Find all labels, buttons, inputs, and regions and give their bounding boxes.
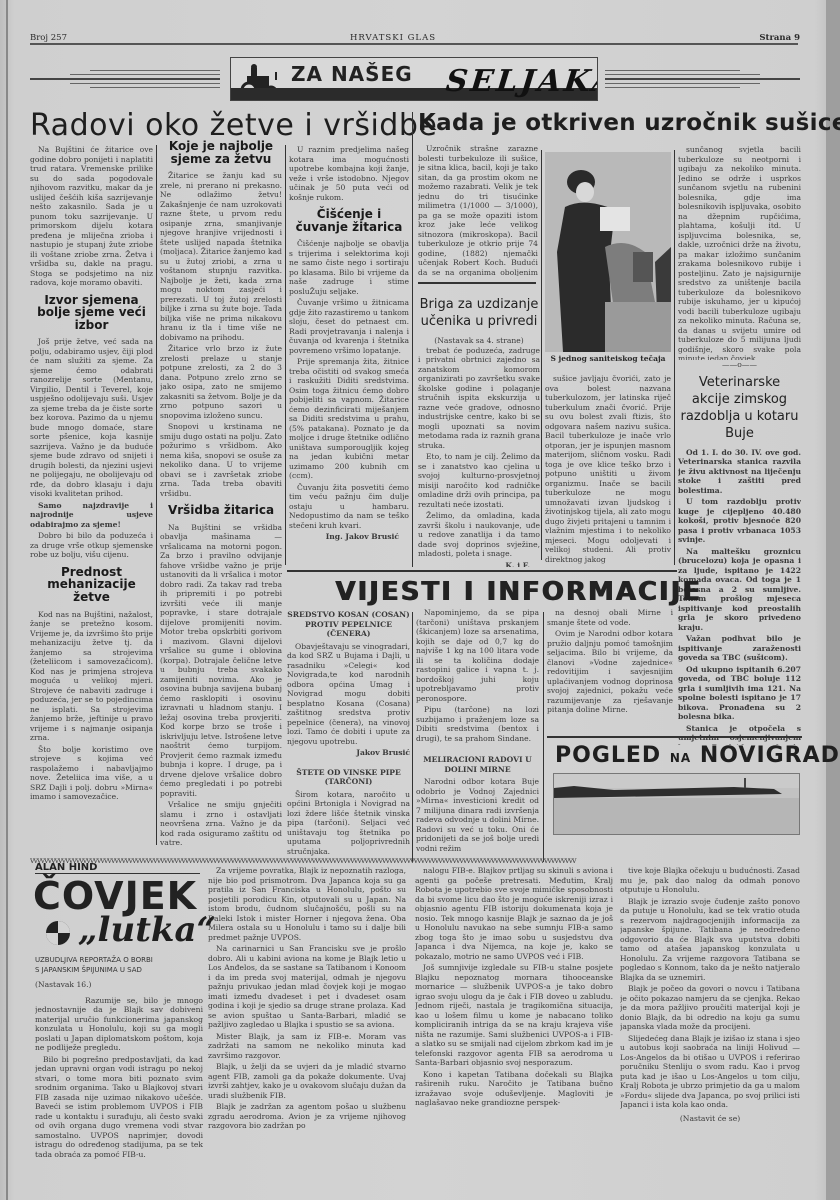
paragraph: Pipu (tarčone) na lozi suzbijamo i praže… [416,705,539,743]
paragraph: Snopovi u krstinama ne smiju dugo ostati… [160,422,282,498]
serial-column-4: tive koje Blajka očekuju u budućnosti. Z… [620,866,800,1191]
paragraph: Što bolje koristimo ove strojeve s kojim… [30,745,153,802]
novigrad-title-a: POGLED [555,743,661,768]
paragraph: trebat će poduzeća, zadruge i privatni o… [418,346,540,451]
vet-article: ——o—— Veterinarske akcije zimskog razdob… [678,360,801,745]
headline-tb: Kada je otkriven uzročnik sušice [418,110,840,136]
paragraph: Razumije se, bilo je mnogo jednostavnije… [35,996,203,1053]
serial-title-lutka: „lutka“ [78,910,216,950]
paragraph: Blajk je zadržan za agentom pošao u služ… [208,1102,406,1131]
paragraph: Bilo bi pogrešno predpostavljati, da kad… [35,1055,203,1160]
column-rule [285,145,286,565]
ornament-divider: ——o—— [678,360,801,370]
headline-harvest: Radovi oko žetve i vršidbe [30,108,437,143]
paragraph: Dobro bi bilo da poduzeća i za druge vrš… [30,531,153,560]
paragraph: Vršalice ne smiju gnječiti slamu i zrno … [160,800,282,848]
tb-column-1: Uzročnik strašne zarazne bolesti turbeku… [418,144,538,276]
banner-lines-right [605,70,800,91]
paragraph: U tom razdoblju protiv kuge je cijepljen… [678,497,801,545]
tb-column-3: sunčanog svjetla bacili tuberkuloze su n… [678,145,801,360]
page-number: Strana 9 [759,33,800,43]
banner-text-right: SELJAKA [444,64,598,99]
news-item-heading: MELIRACIONI RADOVI U DOLINI MIRNE [416,755,539,774]
header-rule [30,43,798,45]
paragraph: Čišćenje najbolje se obavlja s trijerima… [289,239,409,296]
continued-note: (Nastavit će se) [620,1114,800,1124]
paragraph: Širom kotara, naročito u općini Brtonigl… [287,790,410,857]
paragraph: Slijedećeg dana Blajk je izišao iz stana… [620,1034,800,1110]
column-rule [541,150,542,560]
column-rule [543,612,544,862]
paragraph: Blajk je počeo da govori o novcu i Tatib… [620,984,800,1032]
byline: Jakov Brusić [287,748,410,758]
paragraph: Eto, to nam je cilj. Želimo da se i zana… [418,452,540,509]
news-section-title: VIJESTI I INFORMACIJE [335,577,702,607]
column-rule [412,612,413,862]
serial-column-1: (Nastavak 16.) Razumije se, bilo je mnog… [35,980,203,1190]
byline: Ing. Jakov Brusić [289,532,399,542]
novigrad-title-b: NOVIGRAD [700,743,840,768]
youth-article: Briga za uzdizanje učenika u privredi (N… [418,292,540,567]
photo-novigrad [553,773,800,835]
paragraph: Prije spremanja žita, žitnice treba očis… [289,357,409,481]
paragraph: Za vrijeme povratka, Blajk iz nepoznatih… [208,866,406,942]
subheading-best-seed: Koje je najbolje sjeme za žetvu [160,140,282,165]
banner-text-left: ZA NAŠEG [291,62,413,86]
banner-lines-left [30,70,220,91]
tb-column-2: sušice javljaju čvorići, zato je ova bol… [545,374,671,564]
installment-number: (Nastavak 16.) [35,980,203,990]
newspaper-page: Broj 257 HRVATSKI GLAS Strana 9 ZA NAŠEG… [0,0,840,1200]
paragraph: Napominjemo, da se pipa (tarčoni) uništa… [416,608,539,703]
news-item-heading: ŠTETE OD VINSKE PIPE (TARČONI) [287,768,410,787]
subheading-threshing: Vršidba žitarica [160,504,282,517]
paragraph: Još prije žetve, već sada na polju, odab… [30,337,153,499]
paragraph: sušice javljaju čvorići, zato je ova bol… [545,374,671,564]
subheading-seed-source: Izvor sjemena bolje sjeme veći izbor [30,294,153,332]
paragraph: Želimo, da omladina, kada završi školu i… [418,511,540,559]
decorative-circle-icon [45,920,71,946]
photo-caption: S jednog saniteiskog tečaja [545,354,671,363]
zigzag-divider: vvvvvvvvvvvvvvvvvvvvvvvvvvvvvvvvvvvvvvvv… [30,858,802,864]
vet-headline: Veterinarske akcije zimskog razdoblja u … [678,374,801,442]
column-rule [412,112,413,567]
paragraph: Žitarice se žanju kad su zrele, ni prera… [160,171,282,342]
paragraph: Od ukupno ispitanih 6.207 goveda, od TBC… [678,665,801,722]
paragraph: Žitarice vrlo brzo iz žute zrelosti prel… [160,344,282,420]
paragraph: U raznim predjelima našeg kotara ima mog… [289,145,409,202]
harvest-column-2: Koje je najbolje sjeme za žetvu Žitarice… [160,140,282,850]
paragraph: Kono i kapetan Tatibana dočekali su Blaj… [415,1070,613,1108]
harvest-column-1: Na Bujštini će žitarice ove godine dobro… [30,145,153,860]
paragraph: Mister Blajk, ja sam iz FIB-e. Moram vas… [208,1032,406,1061]
subheading-mechanization: Prednost mehanizacije žetve [30,566,153,604]
news-column-2: Napominjemo, da se pipa (tarčoni) uništa… [416,608,539,863]
subheading-cleaning: Čišćenje i čuvanje žitarica [289,208,409,233]
divider [418,282,536,284]
page-edge [826,0,840,1200]
paragraph: Od 1. I. do 30. IV. ove god. Veterinarsk… [678,448,801,496]
paragraph: Čuvanju žita posvetiti ćemo tim veću paž… [289,483,409,531]
paragraph: Ovim je Narodni odbor kotara pružio dalj… [547,629,673,715]
paragraph: na desnoj obali Mirne i smanje štete od … [547,608,673,627]
paragraph: nalogu FIB-e. Blajkov prtljag su skinuli… [415,866,613,961]
serial-column-3: nalogu FIB-e. Blajkov prtljag su skinuli… [415,866,613,1191]
novigrad-title-na: NA [670,751,691,765]
paragraph: Važan podhvat bilo je ispitivanje zaraže… [678,634,801,663]
news-column-1: SREDSTVO KOSAN (COSAN) PROTIV PEPELNICE … [287,608,410,863]
emphasis-paragraph: Samo najzdravije i najrodnije usjeve oda… [30,501,153,530]
paragraph: Na Bujštini se vršidba obavlja mašinama … [160,523,282,799]
harvest-column-3: U raznim predjelima našeg kotara ima mog… [289,145,409,560]
serial-subtitle-line-2: S JAPANSKIM ŠPIJUNIMA U SAD [35,965,153,975]
youth-headline: Briga za uzdizanje učenika u privredi [418,296,540,330]
paragraph: Blajk je izrazio svoje čuđenje zašto pon… [620,897,800,983]
paragraph: Čuvanje vršimo u žitnicama gdje žito raz… [289,298,409,355]
novigrad-headline: POGLED NA NOVIGRAD [555,743,840,768]
column-rule [674,150,675,565]
byline: K. i F. [418,561,530,568]
serial-subtitle: UZBUDLJIVA REPORTAŽA O BORBI S JAPANSKIM… [35,955,153,975]
column-rule [156,145,157,845]
paragraph: Stanica je otpočela s umjetnim osjemenji… [678,724,801,746]
continuation-note: (Nastavak sa 4. strane) [418,336,540,346]
section-banner: ZA NAŠEG SELJAKA [230,57,598,101]
paragraph: Na carinarnici u San Francisku sve je pr… [208,944,406,1030]
news-item-heading: SREDSTVO KOSAN (COSAN) PROTIV PEPELNICE … [287,610,410,639]
newspaper-name: HRVATSKI GLAS [350,33,436,43]
news-top-rule [287,570,677,572]
paragraph: sunčanog svjetla bacili tuberkuloze su n… [678,145,801,360]
paragraph: Kod nas na Bujštini, nažalost, žanje se … [30,610,153,743]
binding-edge [6,0,8,1200]
serial-author: ALAN HIND [35,862,97,873]
serial-column-2: Za vrijeme povratka, Blajk iz nepoznatih… [208,866,406,1191]
divider [547,736,802,738]
paragraph: Još sumnjivije izgledale su FIB-u stalne… [415,963,613,1068]
paragraph: Narodni odbor kotara Buje odobrio je Vod… [416,777,539,853]
paragraph: tive koje Blajka očekuju u budućnosti. Z… [620,866,800,895]
paragraph: Uzročnik strašne zarazne bolesti turbeku… [418,144,538,276]
paragraph: Blajk, u želji da se uvjeri da je mladić… [208,1062,406,1100]
intro-paragraph: Na Bujštini će žitarice ove godine dobro… [30,145,153,288]
issue-number: Broj 257 [30,33,67,43]
photo-sanitary-course [545,152,671,352]
serial-subtitle-line-1: UZBUDLJIVA REPORTAŽA O BORBI [35,955,153,965]
paragraph: Obavještavaju se vinogradari, da kod SRZ… [287,642,410,747]
